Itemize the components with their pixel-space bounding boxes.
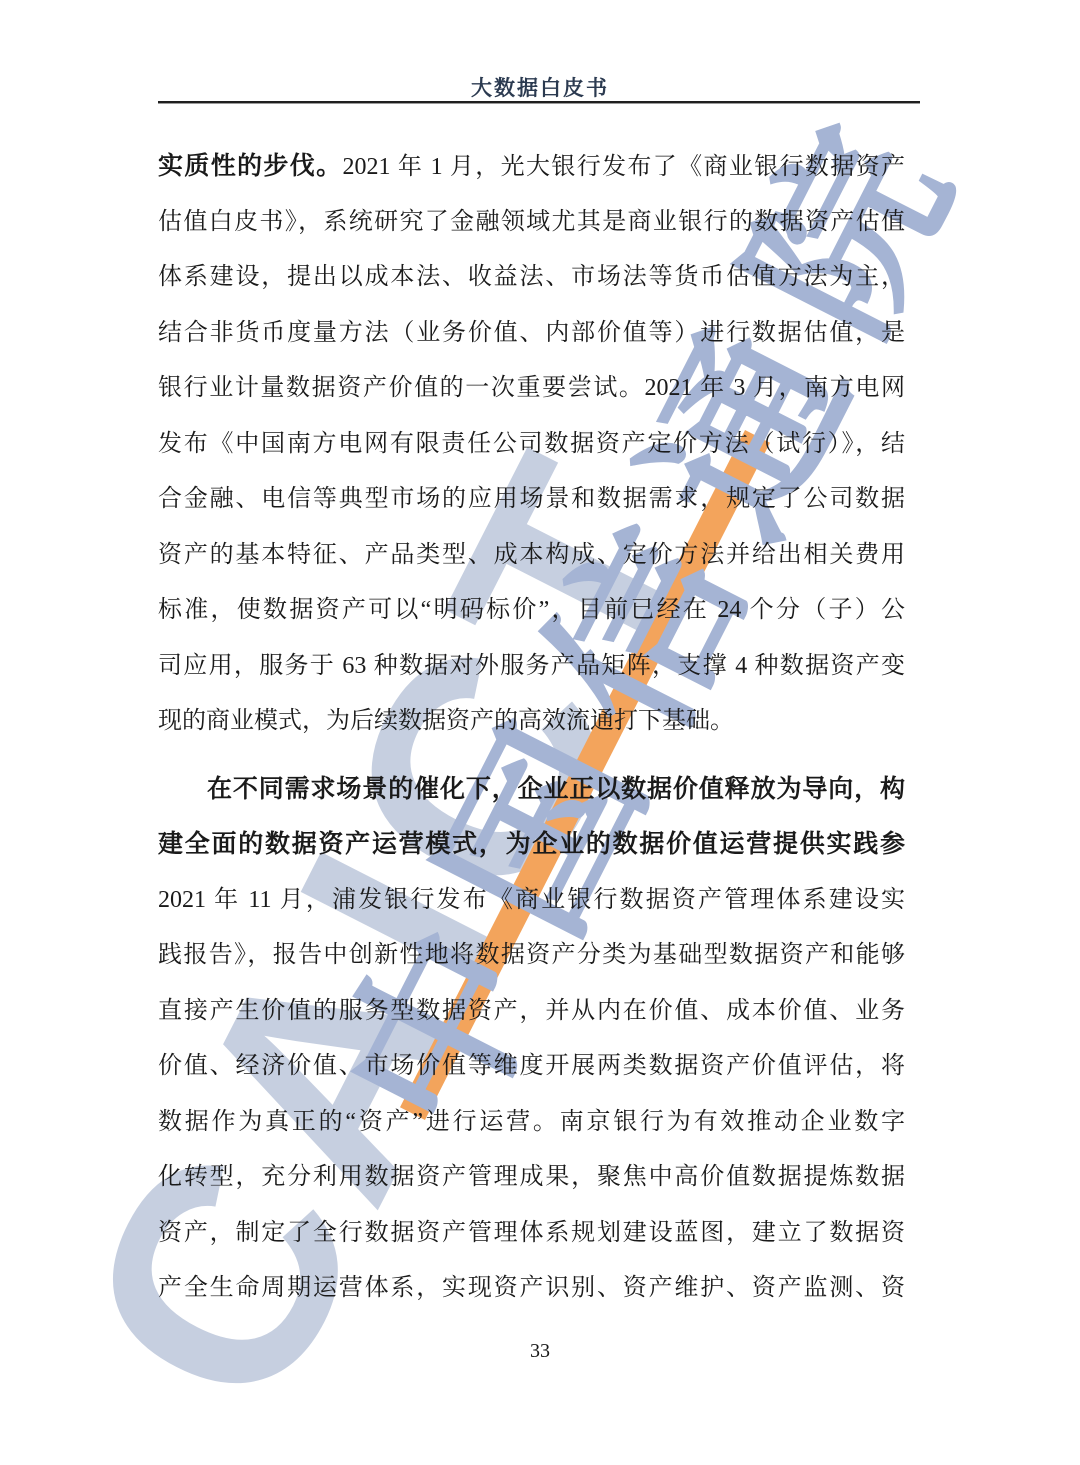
text-line: 体系建设，提出以成本法、收益法、市场法等货币估值方法为主， [158,250,905,306]
text-segment: 化转型，充分利用数据资产管理成果，聚焦中高价值数据提炼数据 [158,1164,905,1190]
text-segment: 资产的基本特征、产品类型、成本构成、定价方法并给出相关费用 [158,542,905,568]
text-line: 实质性的步伐。2021 年 1 月，光大银行发布了《商业银行数据资产 [158,139,905,195]
header-rule [158,101,920,104]
bold-text-segment: 建全面的数据资产运营模式，为企业的数据价值运营提供实践参考。 [158,830,905,873]
text-line: 合金融、电信等典型市场的应用场景和数据需求，规定了公司数据 [158,472,905,528]
text-line: 估值白皮书》，系统研究了金融领域尤其是商业银行的数据资产估值 [158,195,905,251]
text-segment: 体系建设，提出以成本法、收益法、市场法等货币估值方法为主， [158,264,905,290]
text-segment: 现的商业模式，为后续数据资产的高效流通打下基础。 [158,708,734,734]
text-line: 化转型，充分利用数据资产管理成果，聚焦中高价值数据提炼数据 [158,1150,905,1206]
text-line: 结合非货币度量方法（业务价值、内部价值等）进行数据估值，是 [158,306,905,362]
text-segment: 数据作为真正的“资产”进行运营。南京银行为有效推动企业数字 [158,1109,905,1135]
text-line: 现的商业模式，为后续数据资产的高效流通打下基础。 [158,694,905,750]
text-segment: 司应用，服务于 63 种数据对外服务产品矩阵，支撑 4 种数据资产变 [158,653,905,679]
text-line: 资产的基本特征、产品类型、成本构成、定价方法并给出相关费用 [158,528,905,584]
text-segment: 2021 年 11 月，浦发银行发布《商业银行数据资产管理体系建设实 [158,887,905,913]
text-line: 产全生命周期运营体系，实现资产识别、资产维护、资产监测、资 [158,1261,905,1317]
text-segment: 2021 年 1 月，光大银行发布了《商业银行数据资产 [343,154,906,180]
text-segment: 标准，使数据资产可以“明码标价”，目前已经在 24 个分（子）公 [158,597,905,623]
text-segment: 银行业计量数据资产价值的一次重要尝试。2021 年 3 月，南方电网 [158,375,905,401]
text-segment: 合金融、电信等典型市场的应用场景和数据需求，规定了公司数据 [158,486,905,512]
text-line: 2021 年 11 月，浦发银行发布《商业银行数据资产管理体系建设实 [158,873,905,929]
text-segment: 资产，制定了全行数据资产管理体系规划建设蓝图，建立了数据资 [158,1220,905,1246]
text-segment: 产全生命周期运营体系，实现资产识别、资产维护、资产监测、资 [158,1275,905,1301]
text-segment: 估值白皮书》，系统研究了金融领域尤其是商业银行的数据资产估值 [158,209,905,235]
paragraph-2: 在不同需求场景的催化下，企业正以数据价值释放为导向，构建全面的数据资产运营模式，… [158,762,905,1317]
text-line: 价值、经济价值、市场价值等维度开展两类数据资产价值评估，将 [158,1039,905,1095]
text-segment: 价值、经济价值、市场价值等维度开展两类数据资产价值评估，将 [158,1053,905,1079]
document-body: 实质性的步伐。2021 年 1 月，光大银行发布了《商业银行数据资产估值白皮书》… [158,139,905,1317]
text-segment: 结合非货币度量方法（业务价值、内部价值等）进行数据估值，是 [158,320,905,346]
text-line: 司应用，服务于 63 种数据对外服务产品矩阵，支撑 4 种数据资产变 [158,639,905,695]
text-line: 标准，使数据资产可以“明码标价”，目前已经在 24 个分（子）公 [158,583,905,639]
text-line: 发布《中国南方电网有限责任公司数据资产定价方法（试行）》，结 [158,417,905,473]
text-segment: 直接产生价值的服务型数据资产，并从内在价值、成本价值、业务 [158,998,905,1024]
document-page: 大数据白皮书 CAICT 中国信通院 实质性的步伐。2021 年 1 月，光大银… [0,0,1080,1465]
text-line: 践报告》，报告中创新性地将数据资产分类为基础型数据资产和能够 [158,928,905,984]
text-line: 建全面的数据资产运营模式，为企业的数据价值运营提供实践参考。 [158,817,905,873]
page-header-title: 大数据白皮书 [0,72,1080,102]
text-line: 数据作为真正的“资产”进行运营。南京银行为有效推动企业数字 [158,1095,905,1151]
text-segment: 发布《中国南方电网有限责任公司数据资产定价方法（试行）》，结 [158,431,905,457]
bold-text-segment: 在不同需求场景的催化下，企业正以数据价值释放为导向，构 [207,775,905,803]
text-line: 资产，制定了全行数据资产管理体系规划建设蓝图，建立了数据资 [158,1206,905,1262]
text-line: 银行业计量数据资产价值的一次重要尝试。2021 年 3 月，南方电网 [158,361,905,417]
text-segment: 践报告》，报告中创新性地将数据资产分类为基础型数据资产和能够 [158,942,905,968]
bold-text-segment: 实质性的步伐。 [158,152,343,180]
paragraph-1: 实质性的步伐。2021 年 1 月，光大银行发布了《商业银行数据资产估值白皮书》… [158,139,905,750]
text-line: 直接产生价值的服务型数据资产，并从内在价值、成本价值、业务 [158,984,905,1040]
page-number: 33 [0,1340,1080,1363]
text-line: 在不同需求场景的催化下，企业正以数据价值释放为导向，构 [158,762,905,818]
